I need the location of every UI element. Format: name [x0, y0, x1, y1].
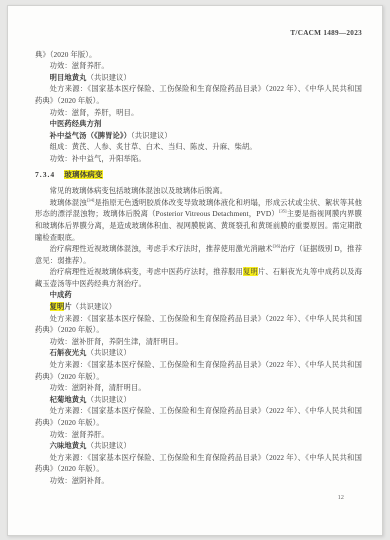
effect-line: 功效：滋肾，养肝，明目。 [35, 107, 362, 119]
effect-line: 功效：补中益气，升阳举陷。 [35, 153, 362, 165]
source-line: 处方来源：《国家基本医疗保险、工伤保险和生育保险药品目录》（2022 年）、《中… [35, 313, 362, 336]
effect-line: 功效：滋阴补肾。 [35, 475, 362, 487]
source-line: 处方来源：《国家基本医疗保险、工伤保险和生育保险药品目录》（2022 年）、《中… [35, 83, 362, 106]
page-content: T/CACM 1489—2023 典》（2020 年版）。 功效：滋肾养肝。 明… [8, 6, 382, 487]
effect-line-top: 功效：滋肾养肝。 [35, 60, 362, 72]
source-line: 处方来源：《国家基本医疗保险、工伤保险和生育保险药品目录》（2022 年）、《中… [35, 359, 362, 382]
highlighted-term-fuming: 复明 [50, 302, 65, 311]
drug-heading-liuwei: 六味地黄丸（共识建议） [35, 440, 362, 452]
definition-text: 玻璃体混浊 [50, 198, 87, 207]
drug-name: 明目地黄丸 [50, 73, 87, 82]
consensus-tag: （共识建议） [87, 441, 131, 450]
tcm-recommendation-paragraph: 治疗病理性近视玻璃体病变，考虑中医药疗法时，推荐服用复明片、石斛夜光丸等中成药以… [35, 266, 362, 289]
section-title-highlighted: 玻璃体病变 [64, 170, 102, 179]
drug-heading-fuming: 复明片（共识建议） [35, 301, 362, 313]
drug-heading-mingmu: 明目地黄丸（共识建议） [35, 72, 362, 84]
screenshot-root: { "header": { "doc_code": "T/CACM 1489—2… [0, 0, 390, 540]
drug-name: 补中益气汤（《脾胃论》） [50, 131, 131, 140]
patent-medicine-heading: 中成药 [35, 289, 362, 301]
page-number: 12 [338, 494, 344, 501]
document-page: T/CACM 1489—2023 典》（2020 年版）。 功效：滋肾养肝。 明… [7, 5, 383, 536]
drug-name: 六味地黄丸 [50, 441, 87, 450]
consensus-tag: （共识建议） [87, 348, 131, 357]
effect-line: 功效：滋补肝肾，养阴生津，清肝明目。 [35, 336, 362, 348]
drug-heading-buzhong: 补中益气汤（《脾胃论》）（共识建议） [35, 130, 362, 142]
section-number: 7.3.4 [35, 170, 55, 179]
drug-name: 片 [64, 302, 71, 311]
carryover-line: 典》（2020 年版）。 [35, 49, 362, 61]
intro-paragraph: 常见的玻璃体病变包括玻璃体混浊以及玻璃体后脱离。 [35, 185, 362, 197]
drug-name: 杞菊地黄丸 [50, 395, 87, 404]
highlighted-term-fuming: 复明 [243, 267, 258, 276]
recommendation-text: 治疗病理性近视玻璃体病变，考虑中医药疗法时，推荐服用 [50, 267, 243, 276]
surgery-recommendation-paragraph: 治疗病理性近视玻璃体混浊，考虑手术疗法时，推荐使用激光消融术[36]治疗（证据级… [35, 243, 362, 266]
classic-formula-heading: 中医药经典方剂 [35, 118, 362, 130]
consensus-tag: （共识建议） [87, 395, 131, 404]
consensus-tag: （共识建议） [72, 302, 116, 311]
effect-line: 功效：滋阴补肾，清肝明目。 [35, 382, 362, 394]
effect-line: 功效：滋肾养肝。 [35, 429, 362, 441]
consensus-tag: （共识建议） [131, 131, 172, 140]
composition-line: 组成：黄芪、人参、炙甘草、白术、当归、陈皮、升麻、柴胡。 [35, 141, 362, 153]
citation-ref: [35] [279, 209, 287, 214]
standard-number: T/CACM 1489—2023 [35, 28, 362, 40]
drug-heading-shihu: 石斛夜光丸（共识建议） [35, 347, 362, 359]
drug-heading-qiju: 杞菊地黄丸（共识建议） [35, 394, 362, 406]
section-heading-734: 7.3.4玻璃体病变 [35, 169, 362, 181]
recommendation-text: 治疗病理性近视玻璃体混浊，考虑手术疗法时，推荐使用激光消融术 [50, 244, 273, 253]
consensus-tag: （共识建议） [87, 73, 131, 82]
drug-name: 石斛夜光丸 [50, 348, 87, 357]
source-line: 处方来源：《国家基本医疗保险、工伤保险和生育保险药品目录》（2022 年）、《中… [35, 405, 362, 428]
definition-paragraph: 玻璃体混浊[34]是指原无色透明胶质体改变导致玻璃体液化和坍塌，形成云状或尘状、… [35, 197, 362, 243]
source-line: 处方来源：《国家基本医疗保险、工伤保险和生育保险药品目录》（2022 年）、《中… [35, 452, 362, 475]
